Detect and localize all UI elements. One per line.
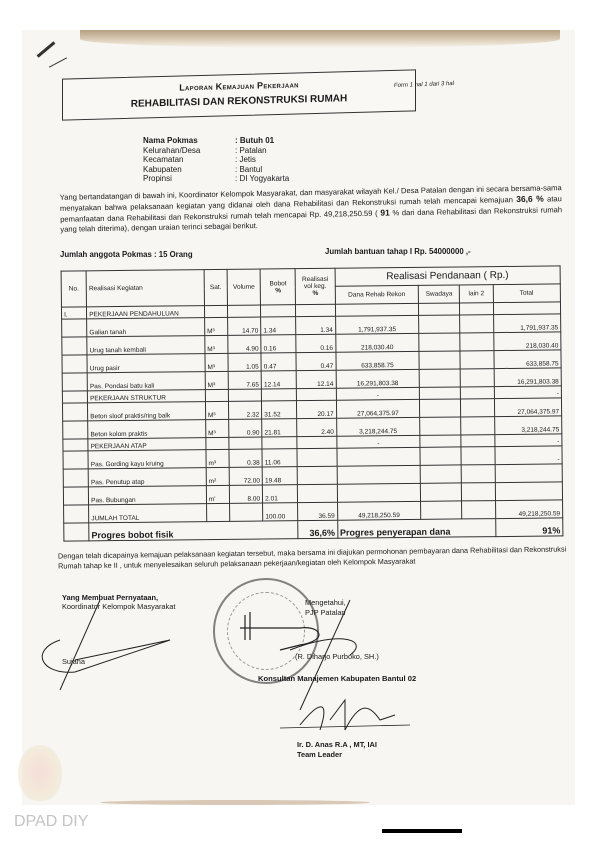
handwritten-signatures <box>0 0 595 842</box>
scanner-label-bar <box>382 829 462 833</box>
dpad-logo <box>18 745 62 801</box>
watermark: DPAD DIY <box>14 813 88 831</box>
